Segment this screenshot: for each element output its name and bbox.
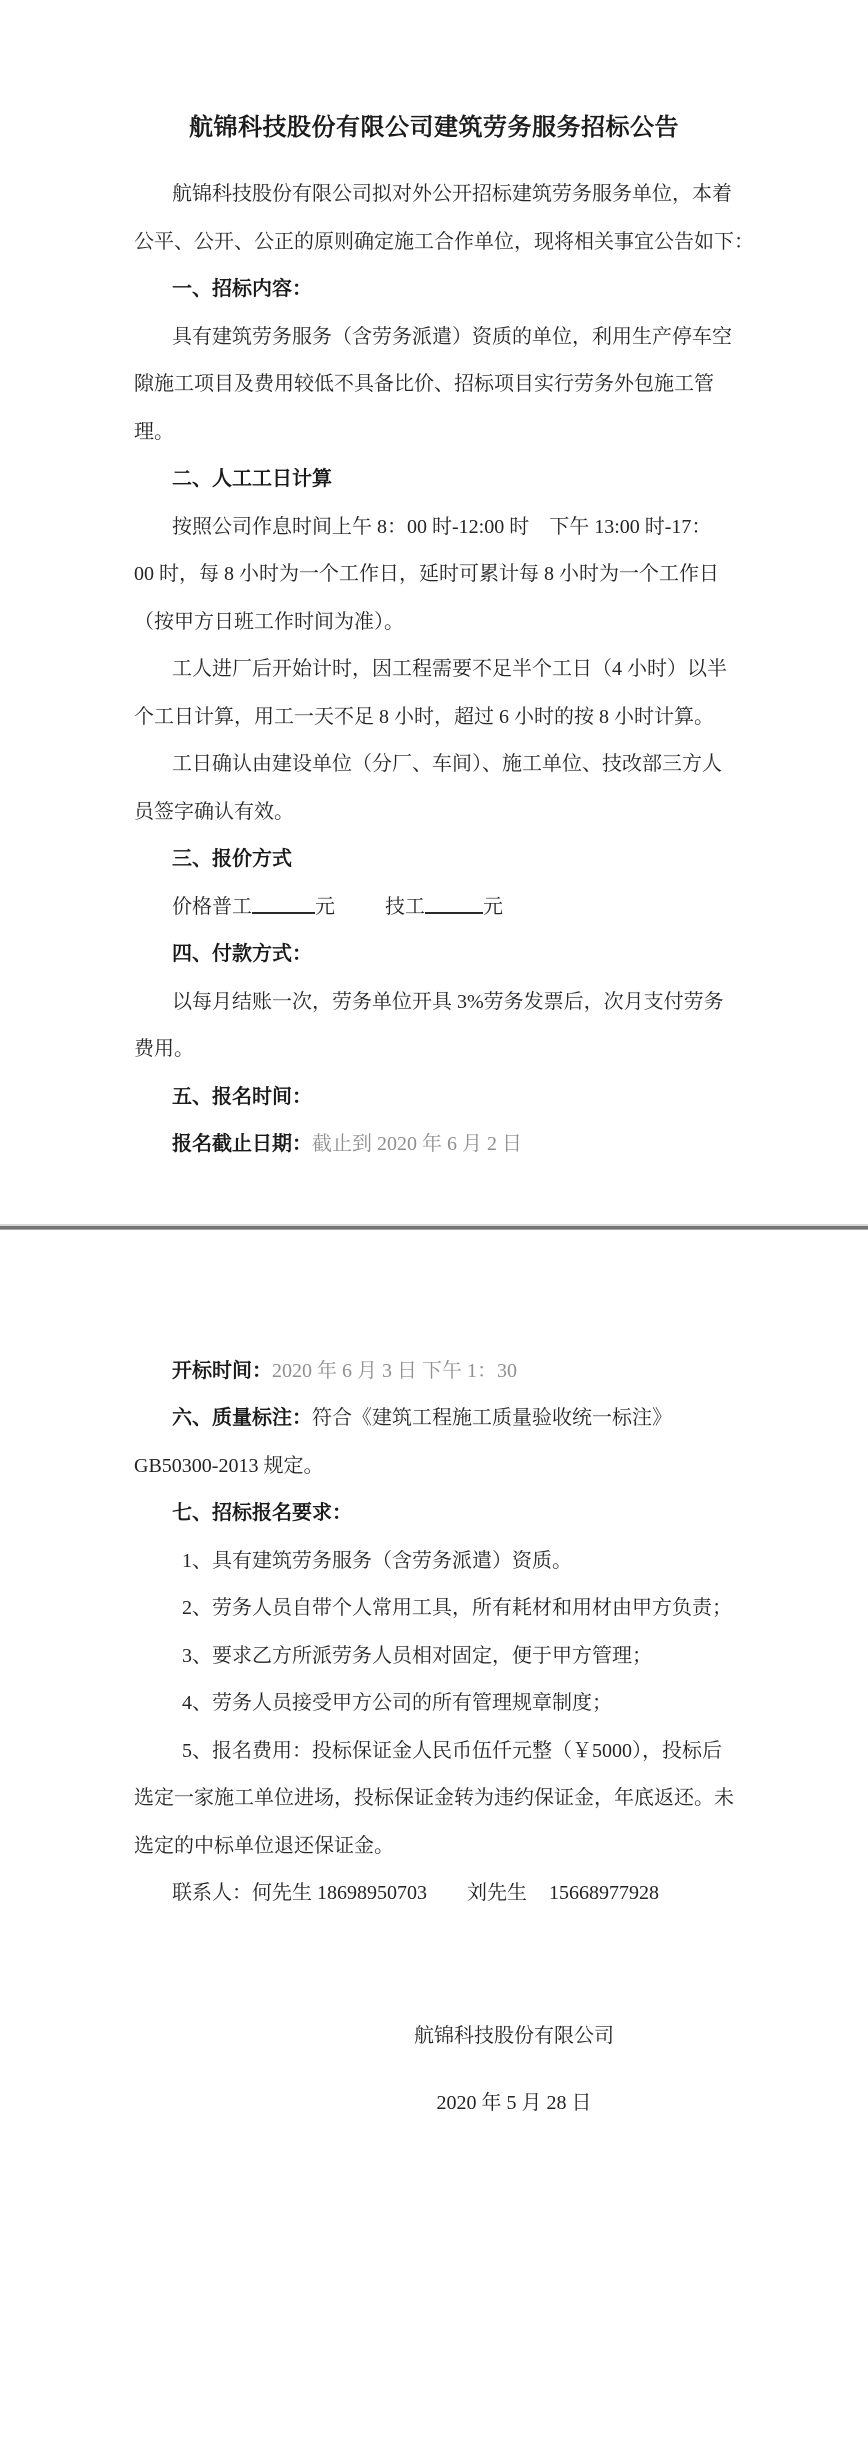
text-run: 工日确认由建设单位（分厂、车间）、施工单位、技改部三方人	[172, 753, 722, 775]
page-2-body: 开标时间：2020 年 6 月 3 日 下午 1：30六、质量标注：符合《建筑工…	[0, 1230, 868, 1918]
signature-block: 航锦科技股份有限公司 2020 年 5 月 28 日	[0, 2013, 868, 2128]
text-line: 以每月结账一次，劳务单位开具 3%劳务发票后，次月支付劳务	[134, 979, 758, 1027]
text-line: 1、具有建筑劳务服务（含劳务派遣）资质。	[134, 1538, 758, 1586]
text-run: 价格普工	[172, 896, 252, 918]
text-run: 二、人工工日计算	[172, 468, 332, 490]
text-run: 联系人：	[172, 1882, 252, 1904]
text-run: 员签字确认有效。	[134, 801, 294, 823]
text-line: （按甲方日班工作时间为准）。	[134, 599, 758, 647]
text-run: 五、报名时间：	[172, 1086, 312, 1108]
text-run: 何先生 18698950703	[252, 1882, 427, 1904]
text-line: 联系人：何先生 18698950703刘先生15668977928	[134, 1870, 758, 1918]
text-run: GB50300-2013 规定。	[134, 1455, 323, 1477]
text-run: 15668977928	[549, 1882, 659, 1904]
text-run: 航锦科技股份有限公司拟对外公开招标建筑劳务服务单位，本着	[172, 183, 732, 205]
blank-underline	[252, 892, 315, 914]
text-run: 开标时间：	[172, 1360, 272, 1382]
document-title: 航锦科技股份有限公司建筑劳务服务招标公告	[0, 104, 868, 152]
text-run: （按甲方日班工作时间为准）。	[134, 611, 404, 633]
text-run: 三、报价方式	[172, 848, 292, 870]
text-run: 一、招标内容：	[172, 278, 312, 300]
text-run: 公平、公开、公正的原则确定施工合作单位，现将相关事宜公告如下：	[134, 231, 754, 253]
text-line: 5、报名费用：投标保证金人民币伍仟元整（￥5000），投标后	[134, 1728, 758, 1776]
text-line: 具有建筑劳务服务（含劳务派遣）资质的单位，利用生产停车空	[134, 314, 758, 362]
tender-announcement-document: 航锦科技股份有限公司建筑劳务服务招标公告 航锦科技股份有限公司拟对外公开招标建筑…	[0, 0, 868, 2128]
text-line: 4、劳务人员接受甲方公司的所有管理规章制度；	[134, 1680, 758, 1728]
text-run: 5、报名费用：投标保证金人民币伍仟元整（￥5000），投标后	[182, 1740, 722, 1762]
text-line: GB50300-2013 规定。	[134, 1443, 758, 1491]
page-1: 航锦科技股份有限公司建筑劳务服务招标公告 航锦科技股份有限公司拟对外公开招标建筑…	[0, 0, 868, 1169]
spacer	[335, 912, 385, 913]
text-run: 元	[483, 896, 503, 918]
text-run: 2020 年 6 月 3 日 下午 1：30	[272, 1360, 517, 1382]
text-run: 00 时，每 8 小时为一个工作日，延时可累计每 8 小时为一个工作日	[134, 563, 719, 585]
text-run: 刘先生	[467, 1882, 527, 1904]
text-line: 选定的中标单位退还保证金。	[134, 1823, 758, 1871]
text-line: 开标时间：2020 年 6 月 3 日 下午 1：30	[134, 1348, 758, 1396]
text-line: 报名截止日期：截止到 2020 年 6 月 2 日	[134, 1121, 758, 1169]
text-run: 4、劳务人员接受甲方公司的所有管理规章制度；	[182, 1692, 612, 1714]
page-1-body: 航锦科技股份有限公司拟对外公开招标建筑劳务服务单位，本着公平、公开、公正的原则确…	[0, 171, 868, 1169]
spacer	[527, 1898, 549, 1899]
text-line: 3、要求乙方所派劳务人员相对固定，便于甲方管理；	[134, 1633, 758, 1681]
text-line: 选定一家施工单位进场，投标保证金转为违约保证金，年底返还。未	[134, 1775, 758, 1823]
text-run: 隙施工项目及费用较低不具备比价、招标项目实行劳务外包施工管	[134, 373, 714, 395]
text-line: 00 时，每 8 小时为一个工作日，延时可累计每 8 小时为一个工作日	[134, 551, 758, 599]
text-run: 四、付款方式：	[172, 943, 312, 965]
text-run: 元	[315, 896, 335, 918]
text-run: 1、具有建筑劳务服务（含劳务派遣）资质。	[182, 1550, 572, 1572]
text-run: 报名截止日期：	[172, 1133, 312, 1155]
signature-date: 2020 年 5 月 28 日	[160, 2080, 868, 2128]
text-line: 三、报价方式	[134, 836, 758, 884]
text-run: 2、劳务人员自带个人常用工具，所有耗材和用材由甲方负责；	[182, 1597, 732, 1619]
text-run: 理。	[134, 421, 174, 443]
text-line: 五、报名时间：	[134, 1074, 758, 1122]
signature-company: 航锦科技股份有限公司	[160, 2013, 868, 2061]
text-run: 具有建筑劳务服务（含劳务派遣）资质的单位，利用生产停车空	[172, 326, 732, 348]
text-run: 工人进厂后开始计时，因工程需要不足半个工日（4 小时）以半	[172, 658, 727, 680]
text-line: 个工日计算，用工一天不足 8 小时，超过 6 小时的按 8 小时计算。	[134, 694, 758, 742]
text-line: 公平、公开、公正的原则确定施工合作单位，现将相关事宜公告如下：	[134, 219, 758, 267]
text-line: 二、人工工日计算	[134, 456, 758, 504]
text-run: 技工	[385, 896, 425, 918]
text-line: 价格普工元技工元	[134, 884, 758, 932]
page-2: 开标时间：2020 年 6 月 3 日 下午 1：30六、质量标注：符合《建筑工…	[0, 1230, 868, 2128]
text-line: 隙施工项目及费用较低不具备比价、招标项目实行劳务外包施工管	[134, 361, 758, 409]
text-run: 七、招标报名要求：	[172, 1502, 352, 1524]
text-run: 截止到 2020 年 6 月 2 日	[312, 1133, 522, 1155]
text-run: 以每月结账一次，劳务单位开具 3%劳务发票后，次月支付劳务	[172, 991, 724, 1013]
text-run: 费用。	[134, 1038, 194, 1060]
text-line: 员签字确认有效。	[134, 789, 758, 837]
text-run: 个工日计算，用工一天不足 8 小时，超过 6 小时的按 8 小时计算。	[134, 706, 714, 728]
spacer	[427, 1898, 467, 1899]
text-run: 3、要求乙方所派劳务人员相对固定，便于甲方管理；	[182, 1645, 652, 1667]
text-line: 六、质量标注：符合《建筑工程施工质量验收统一标注》	[134, 1395, 758, 1443]
text-line: 按照公司作息时间上午 8：00 时-12:00 时 下午 13:00 时-17：	[134, 504, 758, 552]
text-run: 符合《建筑工程施工质量验收统一标注》	[312, 1407, 672, 1429]
text-line: 一、招标内容：	[134, 266, 758, 314]
text-run: 选定的中标单位退还保证金。	[134, 1835, 394, 1857]
text-run: 选定一家施工单位进场，投标保证金转为违约保证金，年底返还。未	[134, 1787, 734, 1809]
blank-underline	[425, 892, 483, 914]
text-line: 费用。	[134, 1026, 758, 1074]
text-run: 按照公司作息时间上午 8：00 时-12:00 时 下午 13:00 时-17：	[172, 516, 711, 538]
text-line: 七、招标报名要求：	[134, 1490, 758, 1538]
text-line: 理。	[134, 409, 758, 457]
text-line: 2、劳务人员自带个人常用工具，所有耗材和用材由甲方负责；	[134, 1585, 758, 1633]
text-run: 六、质量标注：	[172, 1407, 312, 1429]
text-line: 工人进厂后开始计时，因工程需要不足半个工日（4 小时）以半	[134, 646, 758, 694]
text-line: 四、付款方式：	[134, 931, 758, 979]
text-line: 工日确认由建设单位（分厂、车间）、施工单位、技改部三方人	[134, 741, 758, 789]
text-line: 航锦科技股份有限公司拟对外公开招标建筑劳务服务单位，本着	[134, 171, 758, 219]
